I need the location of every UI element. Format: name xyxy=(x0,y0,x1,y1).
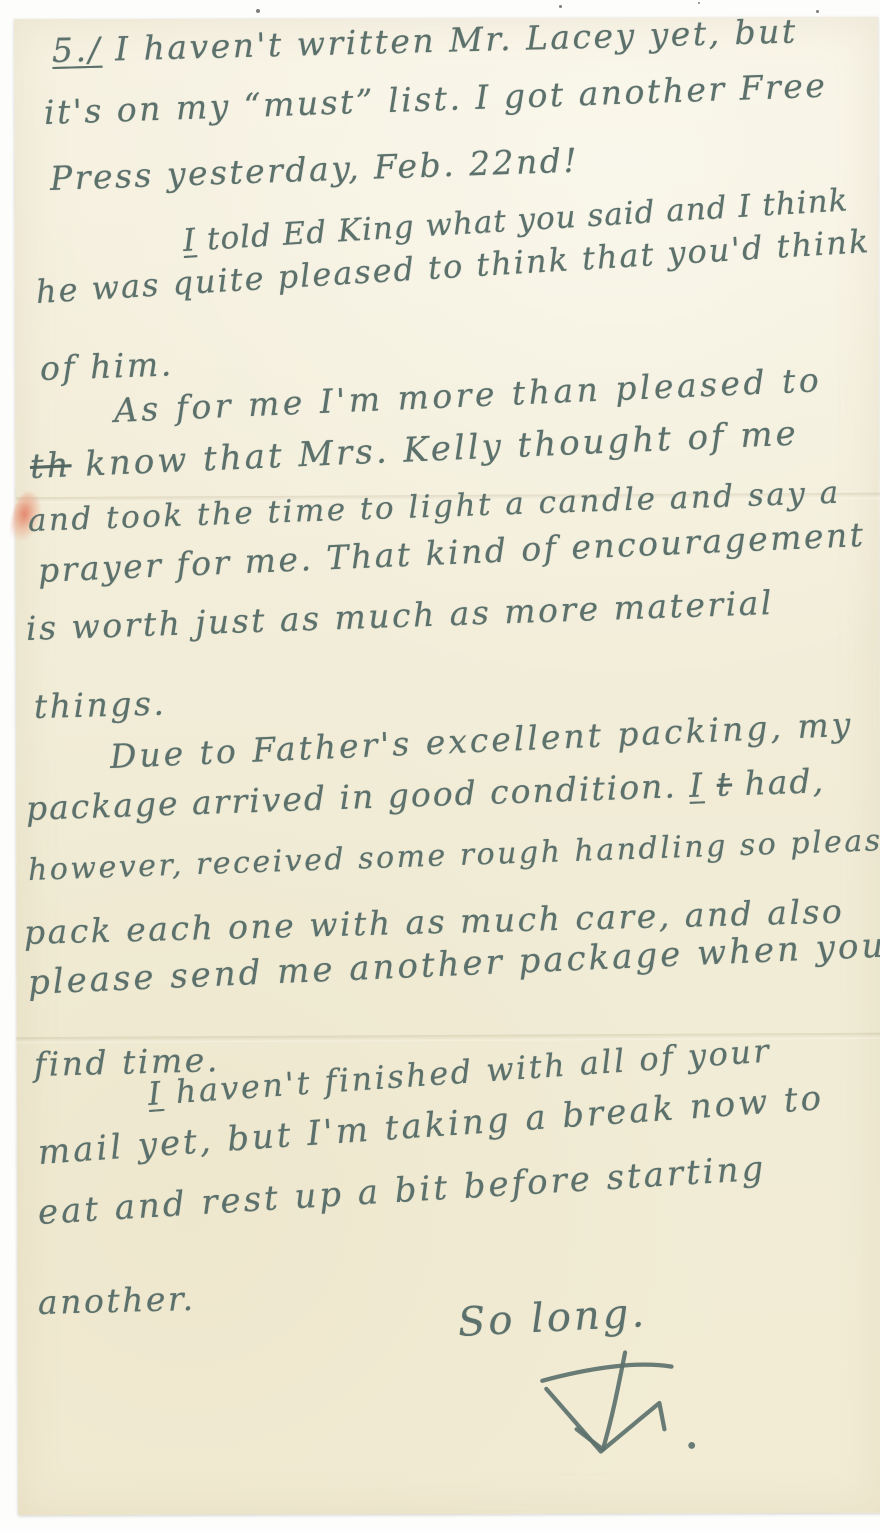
signoff-line: So long. xyxy=(457,1288,649,1348)
scan-speck xyxy=(816,10,819,13)
handwritten-line: another. xyxy=(37,1278,196,1323)
scan-speck xyxy=(559,5,562,8)
signature xyxy=(512,1348,724,1460)
text-segment: So long. xyxy=(457,1290,648,1346)
text-segment: another. xyxy=(37,1279,195,1322)
text-segment: had, xyxy=(731,761,825,803)
text-segment: of him. xyxy=(39,344,174,388)
text-segment: things. xyxy=(33,684,166,726)
scan-speck xyxy=(256,9,260,13)
text-segment-struck: th xyxy=(29,445,72,487)
signature-monogram-icon xyxy=(512,1348,724,1460)
letter-scan: 5./ I haven't written Mr. Lacey yet, but… xyxy=(0,0,880,1531)
handwritten-line: of him. xyxy=(39,343,174,389)
scan-speck xyxy=(698,2,700,4)
text-segment-underline: 5./ xyxy=(51,30,102,70)
handwritten-line: things. xyxy=(33,683,166,728)
text-segment-underline: I xyxy=(689,765,705,805)
